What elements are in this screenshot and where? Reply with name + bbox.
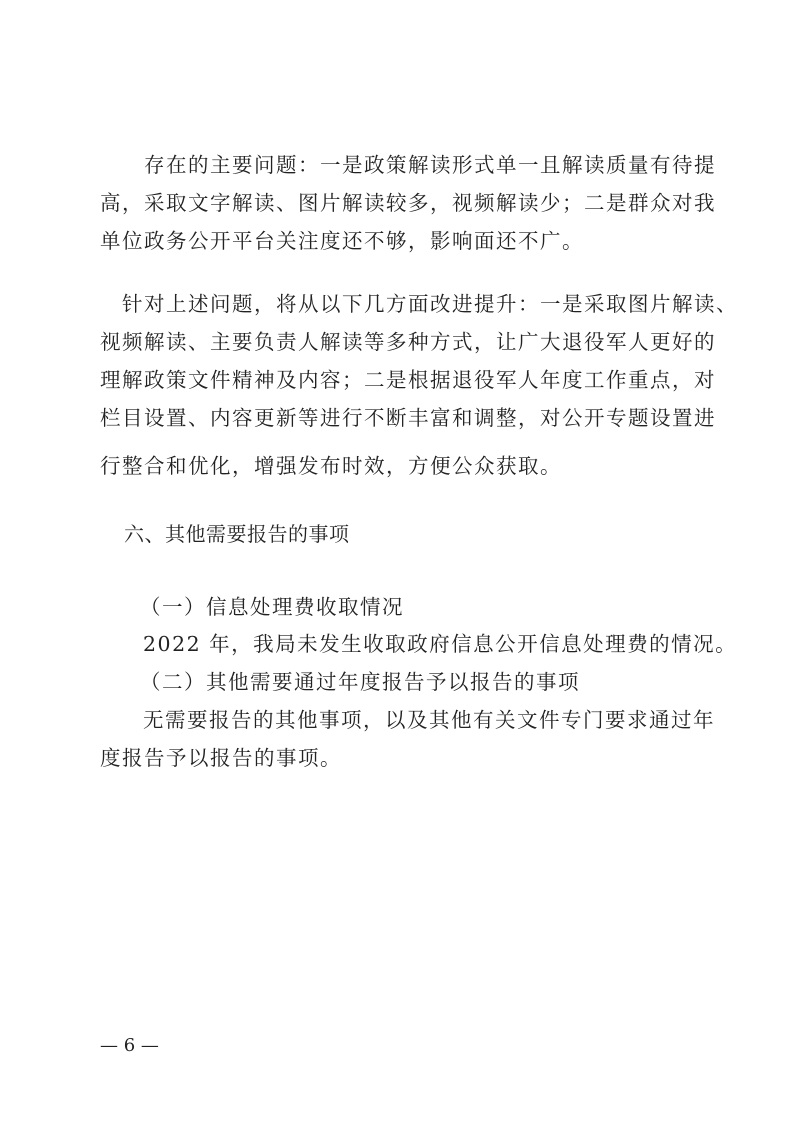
paragraph-improvements-line-5: 行整合和优化，增强发布时效，方便公众获取。 bbox=[100, 449, 562, 479]
paragraph-problems-line-2: 高，采取文字解读、图片解读较多，视频解读少；二是群众对我 bbox=[100, 186, 716, 216]
subsection-2-text-line-1: 无需要报告的其他事项，以及其他有关文件专门要求通过年 bbox=[143, 703, 715, 733]
subsection-1-title: （一）信息处理费收取情况 bbox=[140, 590, 404, 620]
paragraph-problems-line-1: 存在的主要问题：一是政策解读形式单一且解读质量有待提 bbox=[100, 148, 716, 178]
subsection-2-text-line-2: 度报告予以报告的事项。 bbox=[100, 741, 342, 771]
subsection-1-text: 2022 年，我局未发生收取政府信息公开信息处理费的情况。 bbox=[143, 627, 737, 657]
page-number: — 6 — bbox=[100, 1035, 159, 1056]
paragraph-improvements-line-4: 栏目设置、内容更新等进行不断丰富和调整，对公开专题设置进 bbox=[100, 401, 716, 431]
paragraph-improvements-line-2: 视频解读、主要负责人解读等多种方式，让广大退役军人更好的 bbox=[100, 325, 716, 355]
section-heading: 六、其他需要报告的事项 bbox=[124, 518, 350, 547]
paragraph-improvements-line-1: 针对上述问题，将从以下几方面改进提升：一是采取图片解读、 bbox=[100, 287, 738, 317]
subsection-2-title: （二）其他需要通过年度报告予以报告的事项 bbox=[140, 665, 580, 695]
paragraph-problems-line-3: 单位政务公开平台关注度还不够，影响面还不广。 bbox=[100, 224, 584, 254]
paragraph-improvements-line-3: 理解政策文件精神及内容；二是根据退役军人年度工作重点，对 bbox=[100, 363, 716, 393]
